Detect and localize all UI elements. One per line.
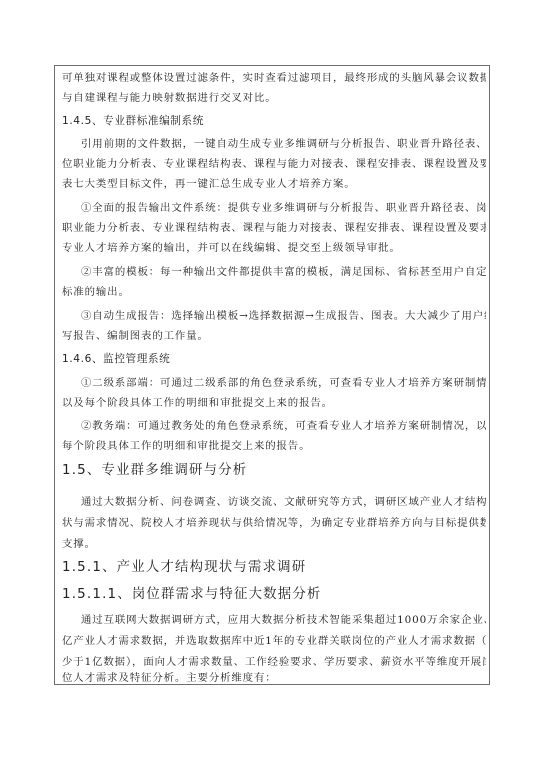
paragraph-line: 通过大数据分析、问卷调查、访谈交流、文献研究等方式，调研区域产业人才结构现 <box>81 495 486 509</box>
section-heading-1-4-5: 1.4.5、专业群标准编制系统 <box>62 114 486 128</box>
paragraph-line: 位职业能力分析表、专业课程结构表、课程与能力对接表、课程安排表、课程设置及要求 <box>62 157 486 171</box>
paragraph-line: 位人才需求及特征分析。主要分析维度有： <box>62 671 486 685</box>
paragraph-line: ①二级系部端：可通过二级系部的角色登录系统，可查看专业人才培养方案研制情况， <box>81 376 486 390</box>
paragraph-line: ②教务端：可通过教务处的角色登录系统，可查看专业人才培养方案研制情况，以及 <box>81 419 486 433</box>
paragraph-line: 状与需求情况、院校人才培养现状与供给情况等，为确定专业群培养方向与目标提供数据 <box>62 516 486 530</box>
paragraph-line: 以及每个阶段具体工作的明细和审批提交上来的报告。 <box>62 396 486 410</box>
paragraph-line: ③自动生成报告：选择输出模板→选择数据源→生成报告、图表。大大减少了用户编 <box>81 309 486 323</box>
paragraph-line: ①全面的报告输出文件系统：提供专业多维调研与分析报告、职业晋升路径表、岗位 <box>81 201 486 215</box>
paragraph-line: 与自建课程与能力映射数据进行交叉对比。 <box>62 91 486 105</box>
paragraph-line: 专业人才培养方案的输出，并可以在线编辑、提交至上级领导审批。 <box>62 241 486 255</box>
section-heading-1-5-1-1: 1.5.1.1、岗位群需求与特征大数据分析 <box>62 586 486 604</box>
paragraph-line: 可单独对课程或整体设置过滤条件，实时查看过滤项目，最终形成的头脑风暴会议数据可 <box>62 71 486 85</box>
paragraph-line: 标准的输出。 <box>62 285 486 299</box>
paragraph-line: 支撑。 <box>62 537 486 551</box>
paragraph-line: 引用前期的文件数据，一键自动生成专业多维调研与分析报告、职业晋升路径表、岗 <box>81 137 486 151</box>
paragraph-line: 写报告、编制图表的工作量。 <box>62 329 486 343</box>
paragraph-line: ②丰富的模板：每一种输出文件都提供丰富的模板，满足国标、省标甚至用户自定义 <box>81 265 486 279</box>
section-heading-1-5-1: 1.5.1、产业人才结构现状与需求调研 <box>62 559 486 577</box>
paragraph-line: 职业能力分析表、专业课程结构表、课程与能力对接表、课程安排表、课程设置及要求表、 <box>62 221 486 235</box>
section-heading-1-4-6: 1.4.6、监控管理系统 <box>62 352 486 366</box>
paragraph-line: 表七大类型目标文件，再一键汇总生成专业人才培养方案。 <box>62 177 486 191</box>
paragraph-line: 通过互联网大数据调研方式，应用大数据分析技术智能采集超过1000万余家企业、上 <box>81 613 486 627</box>
paragraph-line: 亿产业人才需求数据，并选取数据库中近1年的专业群关联岗位的产业人才需求数据（不 <box>62 634 486 648</box>
section-heading-1-5: 1.5、专业群多维调研与分析 <box>62 462 486 480</box>
paragraph-line: 每个阶段具体工作的明细和审批提交上来的报告。 <box>62 439 486 453</box>
paragraph-line: 少于1亿数据），面向人才需求数量、工作经验要求、学历要求、薪资水平等维度开展岗 <box>62 655 486 669</box>
